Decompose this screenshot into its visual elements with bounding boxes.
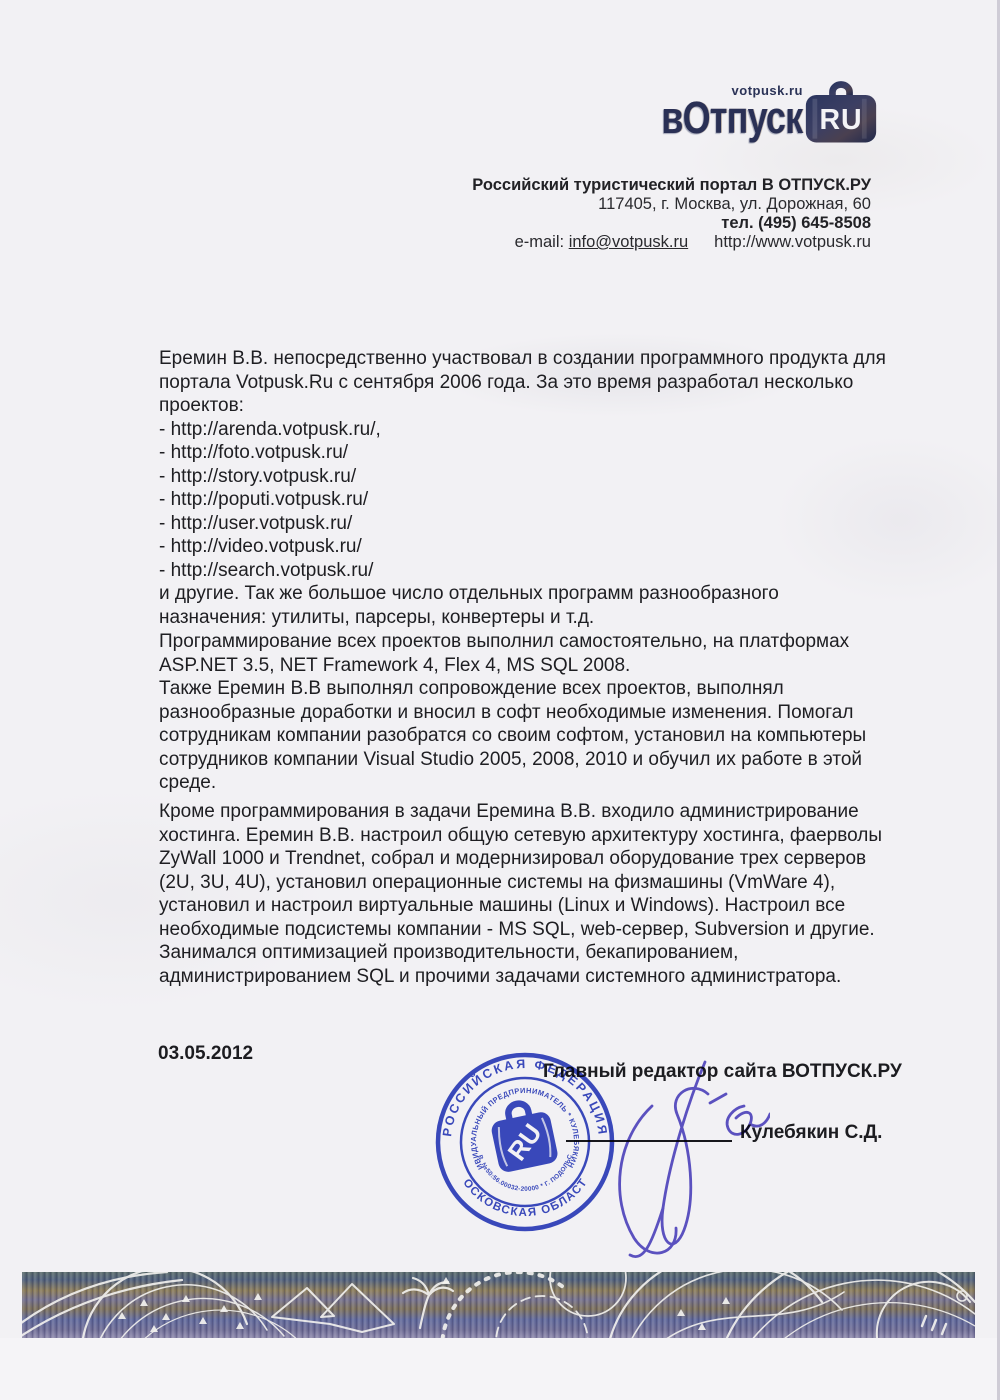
contact-address: 117405, г. Москва, ул. Дорожная, 60	[472, 195, 871, 214]
suitcase-logo-icon: RU	[803, 81, 879, 145]
paragraph-programming: Программирование всех проектов выполнил …	[159, 630, 919, 795]
logo-wordmark: вОтпуск	[661, 92, 802, 144]
email-label: e-mail:	[515, 233, 569, 251]
scanned-letter-page: votpusk.ru вОтпуск RU Российский туристи…	[0, 0, 1000, 1400]
contact-block: Российский туристический портал В ОТПУСК…	[472, 176, 871, 252]
letter-date: 03.05.2012	[158, 1043, 253, 1065]
stamp-suitcase-emblem: RU	[487, 1098, 559, 1174]
page-bottom-margin	[0, 1338, 1000, 1400]
paragraph-projects: Еремин В.В. непосредственно участвовал в…	[159, 347, 919, 629]
contact-phone: тел. (495) 645-8508	[472, 214, 871, 233]
logo-badge-text: RU	[819, 104, 862, 136]
handwritten-signature	[550, 1048, 770, 1268]
email-link: info@votpusk.ru	[569, 233, 688, 251]
contact-online: e-mail: info@votpusk.ruhttp://www.votpus…	[472, 233, 871, 252]
paragraph-hosting: Кроме программирования в задачи Еремина …	[159, 800, 919, 988]
website-link: http://www.votpusk.ru	[714, 233, 871, 251]
contact-portal-name: Российский туристический портал В ОТПУСК…	[472, 176, 871, 195]
banknote-pattern-strip	[22, 1272, 975, 1338]
